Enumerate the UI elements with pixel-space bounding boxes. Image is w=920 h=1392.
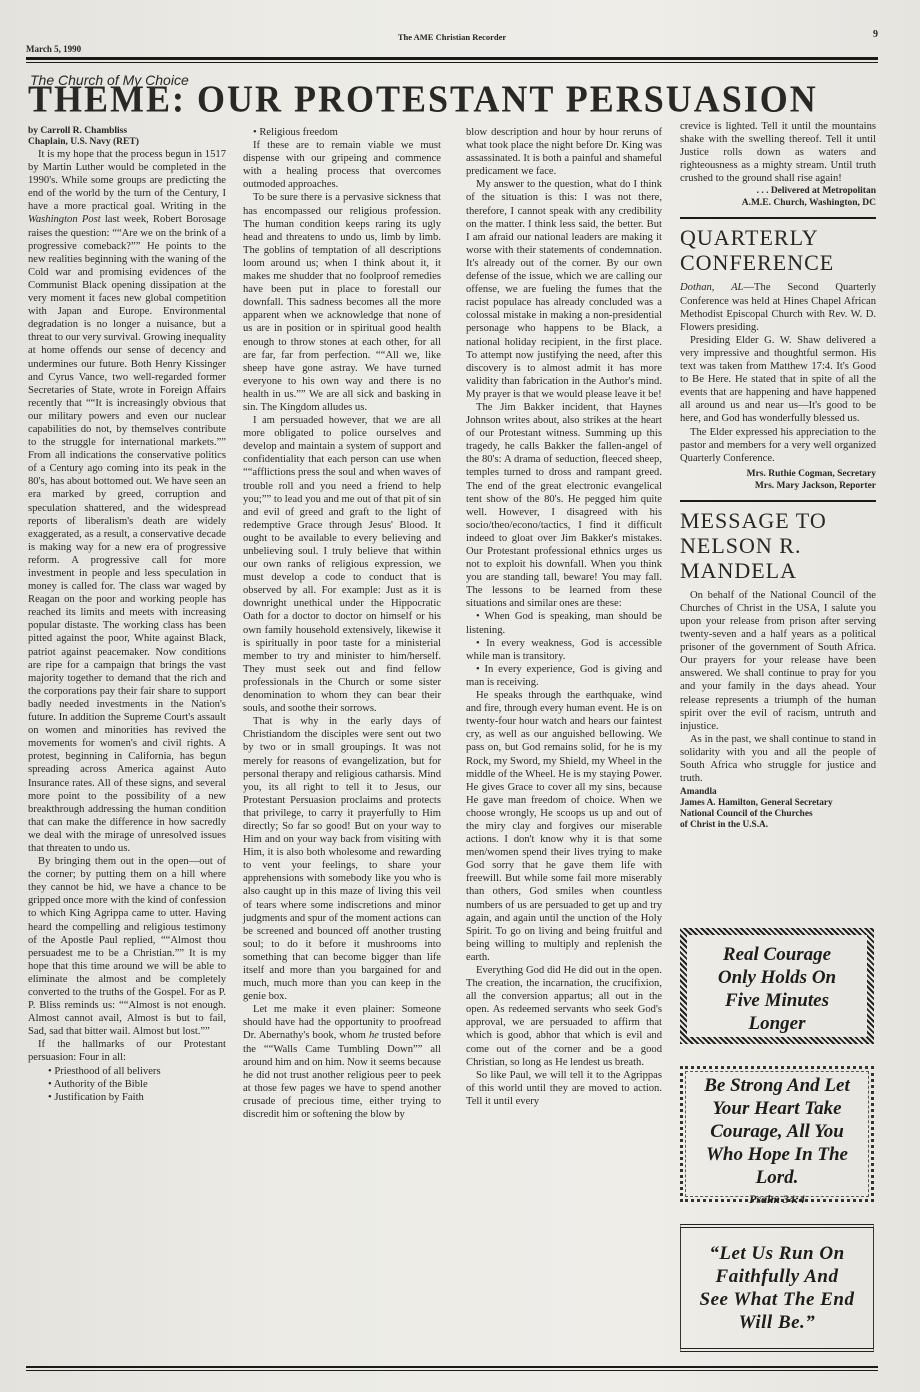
paragraph: If these are to remain viable we must di… [243, 139, 441, 191]
publication-name: The AME Christian Recorder [26, 32, 878, 42]
paragraph: It is my hope that the process begun in … [28, 148, 226, 855]
paragraph: By bringing them out in the open—out of … [28, 855, 226, 1038]
article-column-3: blow description and hour by hour reruns… [466, 126, 662, 1108]
signer-line: James A. Hamilton, General Secretary [680, 798, 876, 809]
article-column-4: crevice is lighted. Tell it until the mo… [680, 120, 876, 831]
masthead: The AME Christian Recorder March 5, 1990… [26, 28, 878, 58]
paragraph: crevice is lighted. Tell it until the mo… [680, 120, 876, 185]
hallmarks-list-continued: Religious freedom [243, 126, 441, 139]
byline-name: by Carroll R. Chambliss [28, 126, 226, 137]
paragraph: So like Paul, we will tell it to the Agr… [466, 1069, 662, 1108]
masthead-rule-thin [26, 62, 878, 63]
section-divider [680, 500, 876, 502]
scripture-reference: Psalm 34:4 [683, 1191, 871, 1207]
page-number: 9 [873, 29, 878, 40]
paragraph: My answer to the question, what do I thi… [466, 178, 662, 401]
paragraph: I am persuaded however, that we are all … [243, 414, 441, 715]
newspaper-page: The AME Christian Recorder March 5, 1990… [0, 0, 920, 1392]
delivery-note-line2: A.M.E. Church, Washington, DC [680, 197, 876, 209]
section-divider [680, 217, 876, 219]
reporter-signature: Mrs. Mary Jackson, Reporter [680, 480, 876, 492]
quarterly-conference-title: QUARTERLY CONFERENCE [680, 225, 876, 275]
paragraph: That is why in the early days of Christi… [243, 715, 441, 1003]
paragraph: As in the past, we shall continue to sta… [680, 733, 876, 785]
list-item: Authority of the Bible [48, 1078, 226, 1091]
quote-box-run-on: “Let Us Run On Faithfully And See What T… [680, 1224, 874, 1352]
quote-box-real-courage: Real Courage Only Holds On Five Minutes … [680, 928, 874, 1044]
lesson-item: • In every experience, God is giving and… [466, 663, 662, 689]
paragraph: If the hallmarks of our Protestant persu… [28, 1038, 226, 1064]
footer-rule [26, 1366, 878, 1368]
paragraph: On behalf of the National Council of the… [680, 589, 876, 733]
paragraph: He speaks through the earthquake, wind a… [466, 689, 662, 964]
list-item: Justification by Faith [48, 1091, 226, 1104]
paragraph: To be sure there is a pervasive sickness… [243, 191, 441, 414]
paragraph: Let me make it even plainer: Someone sho… [243, 1003, 441, 1121]
article-column-1: by Carroll R. Chambliss Chaplain, U.S. N… [28, 126, 226, 1104]
article-column-2: Religious freedom If these are to remain… [243, 126, 441, 1121]
footer-rule-thin [26, 1370, 878, 1371]
closing-word: Amandla [680, 787, 876, 798]
lesson-item: • When God is speaking, man should be li… [466, 610, 662, 636]
paragraph: The Jim Bakker incident, that Haynes Joh… [466, 401, 662, 611]
secretary-signature: Mrs. Ruthie Cogman, Secretary [680, 468, 876, 480]
list-item: Religious freedom [253, 126, 441, 139]
list-item: Priesthood of all belivers [48, 1065, 226, 1078]
paragraph: Everything God did He did out in the ope… [466, 964, 662, 1069]
paragraph: The Elder expressed his appreciation to … [680, 426, 876, 465]
paragraph: blow description and hour by hour reruns… [466, 126, 662, 178]
delivery-note-line1: . . . Delivered at Metropolitan [680, 185, 876, 197]
signer-line: of Christ in the U.S.A. [680, 820, 876, 831]
paragraph: Dothan, AL—The Second Quarterly Conferen… [680, 281, 876, 333]
signer-line: National Council of the Churches [680, 809, 876, 820]
lesson-item: • In every weakness, God is accessible w… [466, 637, 662, 663]
masthead-rule-thick [26, 57, 878, 60]
byline-title: Chaplain, U.S. Navy (RET) [28, 137, 226, 148]
paragraph: Presiding Elder G. W. Shaw delivered a v… [680, 334, 876, 426]
quote-box-be-strong: Be Strong And Let Your Heart Take Courag… [680, 1066, 874, 1202]
mandela-message-title: MESSAGE TO NELSON R. MANDELA [680, 508, 876, 583]
hallmarks-list: Priesthood of all belivers Authority of … [28, 1065, 226, 1104]
article-headline: THEME: OUR PROTESTANT PERSUASION [28, 77, 818, 121]
issue-date: March 5, 1990 [26, 44, 81, 54]
